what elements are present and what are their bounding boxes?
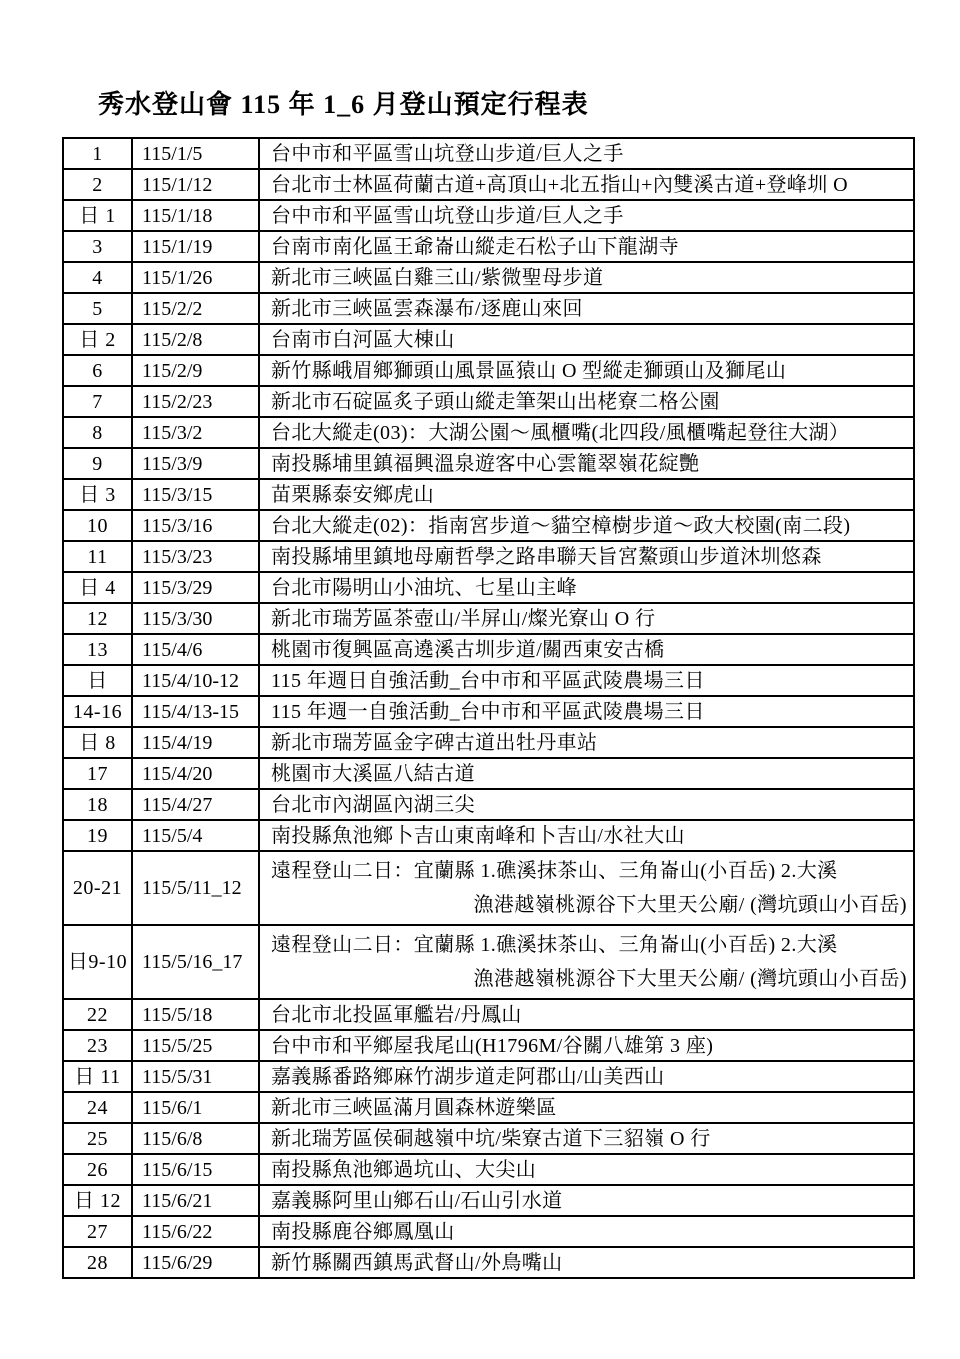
document-page: 秀水登山會 115 年 1_6 月登山預定行程表 1115/1/5台中市和平區雪… (0, 0, 960, 1359)
route-text: 新北瑞芳區侯硐越嶺中坑/柴寮古道下三貂嶺 O 行 (271, 1127, 913, 1151)
trip-number-cell: 9 (63, 448, 132, 479)
table-row: 2115/1/12台北市士林區荷蘭古道+高頂山+北五指山+內雙溪古道+登峰圳 O (63, 169, 914, 200)
table-row: 28115/6/29新竹縣關西鎮馬武督山/外鳥嘴山 (63, 1247, 914, 1278)
route-cell: 遠程登山二日：宜蘭縣 1.礁溪抹茶山、三角崙山(小百岳) 2.大溪漁港越嶺桃源谷… (259, 925, 914, 999)
date-cell: 115/6/29 (132, 1247, 259, 1278)
date-cell: 115/3/29 (132, 572, 259, 603)
table-row: 日115/4/10-12115 年週日自強活動_台中市和平區武陵農場三日 (63, 665, 914, 696)
page-title: 秀水登山會 115 年 1_6 月登山預定行程表 (98, 84, 589, 121)
route-cell: 115 年週一自強活動_台中市和平區武陵農場三日 (259, 696, 914, 727)
route-text: 新北市三峽區滿月圓森林遊樂區 (271, 1096, 913, 1120)
schedule-table-body: 1115/1/5台中市和平區雪山坑登山步道/巨人之手2115/1/12台北市士林… (63, 138, 914, 1278)
trip-number-cell: 日 12 (63, 1185, 132, 1216)
date-cell: 115/6/22 (132, 1216, 259, 1247)
route-text: 台北大縱走(02)：指南宮步道～貓空樟樹步道～政大校園(南二段) (271, 514, 913, 538)
route-text: 台北市內湖區內湖三尖 (271, 793, 913, 817)
table-row: 18115/4/27台北市內湖區內湖三尖 (63, 789, 914, 820)
table-row: 17115/4/20桃園市大溪區八結古道 (63, 758, 914, 789)
table-row: 日 1115/1/18台中市和平區雪山坑登山步道/巨人之手 (63, 200, 914, 231)
route-cell: 台北市內湖區內湖三尖 (259, 789, 914, 820)
route-text: 桃園市大溪區八結古道 (271, 762, 913, 786)
trip-number-cell: 14-16 (63, 696, 132, 727)
trip-number-cell: 3 (63, 231, 132, 262)
date-cell: 115/3/23 (132, 541, 259, 572)
route-cell: 桃園市大溪區八結古道 (259, 758, 914, 789)
route-text: 遠程登山二日：宜蘭縣 1.礁溪抹茶山、三角崙山(小百岳) 2.大溪 (271, 859, 913, 883)
route-cell: 台中市和平區雪山坑登山步道/巨人之手 (259, 138, 914, 169)
route-text: 桃園市復興區高遶溪古圳步道/關西東安古橋 (271, 638, 913, 662)
route-cell: 新北市三峽區白雞三山/紫微聖母步道 (259, 262, 914, 293)
trip-number-cell: 4 (63, 262, 132, 293)
table-row: 11115/3/23南投縣埔里鎮地母廟哲學之路串聯天旨宮鰲頭山步道沐圳悠森 (63, 541, 914, 572)
date-cell: 115/1/5 (132, 138, 259, 169)
table-row: 7115/2/23新北市石碇區炙子頭山縱走筆架山出栳寮二格公園 (63, 386, 914, 417)
table-row: 13115/4/6桃園市復興區高遶溪古圳步道/關西東安古橋 (63, 634, 914, 665)
trip-number-cell: 26 (63, 1154, 132, 1185)
trip-number-cell: 10 (63, 510, 132, 541)
date-cell: 115/5/25 (132, 1030, 259, 1061)
date-cell: 115/1/18 (132, 200, 259, 231)
date-cell: 115/4/19 (132, 727, 259, 758)
trip-number-cell: 24 (63, 1092, 132, 1123)
route-cell: 115 年週日自強活動_台中市和平區武陵農場三日 (259, 665, 914, 696)
trip-number-cell: 13 (63, 634, 132, 665)
schedule-table: 1115/1/5台中市和平區雪山坑登山步道/巨人之手2115/1/12台北市士林… (62, 137, 915, 1279)
date-cell: 115/3/16 (132, 510, 259, 541)
date-cell: 115/3/15 (132, 479, 259, 510)
trip-number-cell: 28 (63, 1247, 132, 1278)
route-text: 台中市和平區雪山坑登山步道/巨人之手 (271, 204, 913, 228)
route-text: 南投縣魚池鄉過坑山、大尖山 (271, 1158, 913, 1182)
date-cell: 115/3/30 (132, 603, 259, 634)
route-text: 115 年週日自強活動_台中市和平區武陵農場三日 (271, 669, 913, 693)
date-cell: 115/5/31 (132, 1061, 259, 1092)
route-cell: 南投縣鹿谷鄉鳳凰山 (259, 1216, 914, 1247)
trip-number-cell: 12 (63, 603, 132, 634)
route-cell: 台北大縱走(03)：大湖公園～風櫃嘴(北四段/風櫃嘴起登往大湖） (259, 417, 914, 448)
table-row: 23115/5/25台中市和平鄉屋我尾山(H1796M/谷關八雄第 3 座) (63, 1030, 914, 1061)
trip-number-cell: 日 1 (63, 200, 132, 231)
route-text: 台南市白河區大棟山 (271, 328, 913, 352)
trip-number-cell: 22 (63, 999, 132, 1030)
route-cell: 桃園市復興區高遶溪古圳步道/關西東安古橋 (259, 634, 914, 665)
trip-number-cell: 日 3 (63, 479, 132, 510)
route-cell: 南投縣埔里鎮福興溫泉遊客中心雲籠翠嶺花綻艷 (259, 448, 914, 479)
trip-number-cell: 6 (63, 355, 132, 386)
route-text: 南投縣埔里鎮福興溫泉遊客中心雲籠翠嶺花綻艷 (271, 452, 913, 476)
date-cell: 115/6/21 (132, 1185, 259, 1216)
route-cell: 新北市瑞芳區金字碑古道出牡丹車站 (259, 727, 914, 758)
route-cell: 嘉義縣番路鄉麻竹湖步道走阿郡山/山美西山 (259, 1061, 914, 1092)
route-cell: 南投縣埔里鎮地母廟哲學之路串聯天旨宮鰲頭山步道沐圳悠森 (259, 541, 914, 572)
table-row: 日 2115/2/8台南市白河區大棟山 (63, 324, 914, 355)
trip-number-cell: 日9-10 (63, 925, 132, 999)
date-cell: 115/4/6 (132, 634, 259, 665)
trip-number-cell: 11 (63, 541, 132, 572)
trip-number-cell: 1 (63, 138, 132, 169)
table-row: 日 4115/3/29台北市陽明山小油坑、七星山主峰 (63, 572, 914, 603)
route-text: 遠程登山二日：宜蘭縣 1.礁溪抹茶山、三角崙山(小百岳) 2.大溪 (271, 933, 913, 957)
date-cell: 115/4/27 (132, 789, 259, 820)
table-row: 日 11115/5/31嘉義縣番路鄉麻竹湖步道走阿郡山/山美西山 (63, 1061, 914, 1092)
route-text: 新北市瑞芳區茶壺山/半屏山/燦光寮山 O 行 (271, 607, 913, 631)
date-cell: 115/1/12 (132, 169, 259, 200)
date-cell: 115/1/19 (132, 231, 259, 262)
date-cell: 115/6/8 (132, 1123, 259, 1154)
table-row: 1115/1/5台中市和平區雪山坑登山步道/巨人之手 (63, 138, 914, 169)
date-cell: 115/6/15 (132, 1154, 259, 1185)
route-text: 新北市瑞芳區金字碑古道出牡丹車站 (271, 731, 913, 755)
trip-number-cell: 日 11 (63, 1061, 132, 1092)
table-row: 5115/2/2新北市三峽區雲森瀑布/逐鹿山來回 (63, 293, 914, 324)
date-cell: 115/2/23 (132, 386, 259, 417)
route-text: 台中市和平鄉屋我尾山(H1796M/谷關八雄第 3 座) (271, 1034, 913, 1058)
table-row: 26115/6/15南投縣魚池鄉過坑山、大尖山 (63, 1154, 914, 1185)
date-cell: 115/4/13-15 (132, 696, 259, 727)
date-cell: 115/1/26 (132, 262, 259, 293)
route-cell: 台南市白河區大棟山 (259, 324, 914, 355)
route-cell: 台中市和平鄉屋我尾山(H1796M/谷關八雄第 3 座) (259, 1030, 914, 1061)
route-cell: 新北市三峽區雲森瀑布/逐鹿山來回 (259, 293, 914, 324)
route-text: 115 年週一自強活動_台中市和平區武陵農場三日 (271, 700, 913, 724)
trip-number-cell: 日 4 (63, 572, 132, 603)
route-text: 新竹縣關西鎮馬武督山/外鳥嘴山 (271, 1251, 913, 1275)
route-cell: 台北大縱走(02)：指南宮步道～貓空樟樹步道～政大校園(南二段) (259, 510, 914, 541)
route-cell: 新竹縣關西鎮馬武督山/外鳥嘴山 (259, 1247, 914, 1278)
trip-number-cell: 8 (63, 417, 132, 448)
table-row: 19115/5/4南投縣魚池鄉卜吉山東南峰和卜吉山/水社大山 (63, 820, 914, 851)
trip-number-cell: 5 (63, 293, 132, 324)
route-text: 南投縣魚池鄉卜吉山東南峰和卜吉山/水社大山 (271, 824, 913, 848)
date-cell: 115/2/2 (132, 293, 259, 324)
route-cell: 新北市瑞芳區茶壺山/半屏山/燦光寮山 O 行 (259, 603, 914, 634)
table-row: 20-21115/5/11_12遠程登山二日：宜蘭縣 1.礁溪抹茶山、三角崙山(… (63, 851, 914, 925)
date-cell: 115/4/10-12 (132, 665, 259, 696)
table-row: 日9-10115/5/16_17遠程登山二日：宜蘭縣 1.礁溪抹茶山、三角崙山(… (63, 925, 914, 999)
route-cell: 新北瑞芳區侯硐越嶺中坑/柴寮古道下三貂嶺 O 行 (259, 1123, 914, 1154)
route-text: 新北市三峽區白雞三山/紫微聖母步道 (271, 266, 913, 290)
route-text: 台北大縱走(03)：大湖公園～風櫃嘴(北四段/風櫃嘴起登往大湖） (271, 421, 913, 445)
route-cell: 南投縣魚池鄉過坑山、大尖山 (259, 1154, 914, 1185)
route-cell: 台中市和平區雪山坑登山步道/巨人之手 (259, 200, 914, 231)
trip-number-cell: 17 (63, 758, 132, 789)
date-cell: 115/5/16_17 (132, 925, 259, 999)
date-cell: 115/2/8 (132, 324, 259, 355)
route-cell: 南投縣魚池鄉卜吉山東南峰和卜吉山/水社大山 (259, 820, 914, 851)
route-text: 台北市北投區軍艦岩/丹鳳山 (271, 1003, 913, 1027)
table-row: 22115/5/18台北市北投區軍艦岩/丹鳳山 (63, 999, 914, 1030)
route-cell: 苗栗縣泰安鄉虎山 (259, 479, 914, 510)
trip-number-cell: 7 (63, 386, 132, 417)
route-cell: 台北市陽明山小油坑、七星山主峰 (259, 572, 914, 603)
route-text: 台北市士林區荷蘭古道+高頂山+北五指山+內雙溪古道+登峰圳 O (271, 173, 913, 197)
route-text: 台中市和平區雪山坑登山步道/巨人之手 (271, 142, 913, 166)
table-row: 6115/2/9新竹縣峨眉鄉獅頭山風景區猿山 O 型縱走獅頭山及獅尾山 (63, 355, 914, 386)
table-row: 9115/3/9南投縣埔里鎮福興溫泉遊客中心雲籠翠嶺花綻艷 (63, 448, 914, 479)
route-text: 嘉義縣阿里山鄉石山/石山引水道 (271, 1189, 913, 1213)
trip-number-cell: 20-21 (63, 851, 132, 925)
route-cell: 台北市士林區荷蘭古道+高頂山+北五指山+內雙溪古道+登峰圳 O (259, 169, 914, 200)
route-cell: 新竹縣峨眉鄉獅頭山風景區猿山 O 型縱走獅頭山及獅尾山 (259, 355, 914, 386)
trip-number-cell: 日 2 (63, 324, 132, 355)
trip-number-cell: 19 (63, 820, 132, 851)
table-row: 14-16115/4/13-15115 年週一自強活動_台中市和平區武陵農場三日 (63, 696, 914, 727)
route-cell: 遠程登山二日：宜蘭縣 1.礁溪抹茶山、三角崙山(小百岳) 2.大溪漁港越嶺桃源谷… (259, 851, 914, 925)
route-text-continuation: 漁港越嶺桃源谷下大里天公廟/ (灣坑頭山小百岳) (271, 893, 913, 917)
trip-number-cell: 2 (63, 169, 132, 200)
date-cell: 115/6/1 (132, 1092, 259, 1123)
route-text: 南投縣埔里鎮地母廟哲學之路串聯天旨宮鰲頭山步道沐圳悠森 (271, 545, 913, 569)
table-row: 25115/6/8新北瑞芳區侯硐越嶺中坑/柴寮古道下三貂嶺 O 行 (63, 1123, 914, 1154)
table-row: 4115/1/26新北市三峽區白雞三山/紫微聖母步道 (63, 262, 914, 293)
trip-number-cell: 23 (63, 1030, 132, 1061)
route-text: 新北市三峽區雲森瀑布/逐鹿山來回 (271, 297, 913, 321)
table-row: 8115/3/2台北大縱走(03)：大湖公園～風櫃嘴(北四段/風櫃嘴起登往大湖） (63, 417, 914, 448)
route-text: 台南市南化區王爺崙山縱走石松子山下龍湖寺 (271, 235, 913, 259)
date-cell: 115/3/2 (132, 417, 259, 448)
route-text: 苗栗縣泰安鄉虎山 (271, 483, 913, 507)
trip-number-cell: 27 (63, 1216, 132, 1247)
route-text-continuation: 漁港越嶺桃源谷下大里天公廟/ (灣坑頭山小百岳) (271, 967, 913, 991)
route-text: 嘉義縣番路鄉麻竹湖步道走阿郡山/山美西山 (271, 1065, 913, 1089)
route-cell: 台北市北投區軍艦岩/丹鳳山 (259, 999, 914, 1030)
table-row: 日 8115/4/19新北市瑞芳區金字碑古道出牡丹車站 (63, 727, 914, 758)
table-row: 12115/3/30新北市瑞芳區茶壺山/半屏山/燦光寮山 O 行 (63, 603, 914, 634)
table-row: 24115/6/1新北市三峽區滿月圓森林遊樂區 (63, 1092, 914, 1123)
date-cell: 115/4/20 (132, 758, 259, 789)
route-cell: 嘉義縣阿里山鄉石山/石山引水道 (259, 1185, 914, 1216)
trip-number-cell: 日 (63, 665, 132, 696)
route-text: 南投縣鹿谷鄉鳳凰山 (271, 1220, 913, 1244)
trip-number-cell: 18 (63, 789, 132, 820)
trip-number-cell: 25 (63, 1123, 132, 1154)
table-row: 日 3115/3/15苗栗縣泰安鄉虎山 (63, 479, 914, 510)
table-row: 10115/3/16台北大縱走(02)：指南宮步道～貓空樟樹步道～政大校園(南二… (63, 510, 914, 541)
date-cell: 115/5/11_12 (132, 851, 259, 925)
trip-number-cell: 日 8 (63, 727, 132, 758)
table-row: 27115/6/22南投縣鹿谷鄉鳳凰山 (63, 1216, 914, 1247)
date-cell: 115/2/9 (132, 355, 259, 386)
date-cell: 115/5/18 (132, 999, 259, 1030)
route-text: 新北市石碇區炙子頭山縱走筆架山出栳寮二格公園 (271, 390, 913, 414)
route-cell: 新北市石碇區炙子頭山縱走筆架山出栳寮二格公園 (259, 386, 914, 417)
route-text: 新竹縣峨眉鄉獅頭山風景區猿山 O 型縱走獅頭山及獅尾山 (271, 359, 913, 383)
table-row: 日 12115/6/21嘉義縣阿里山鄉石山/石山引水道 (63, 1185, 914, 1216)
route-cell: 台南市南化區王爺崙山縱走石松子山下龍湖寺 (259, 231, 914, 262)
route-text: 台北市陽明山小油坑、七星山主峰 (271, 576, 913, 600)
date-cell: 115/3/9 (132, 448, 259, 479)
route-cell: 新北市三峽區滿月圓森林遊樂區 (259, 1092, 914, 1123)
table-row: 3115/1/19台南市南化區王爺崙山縱走石松子山下龍湖寺 (63, 231, 914, 262)
date-cell: 115/5/4 (132, 820, 259, 851)
